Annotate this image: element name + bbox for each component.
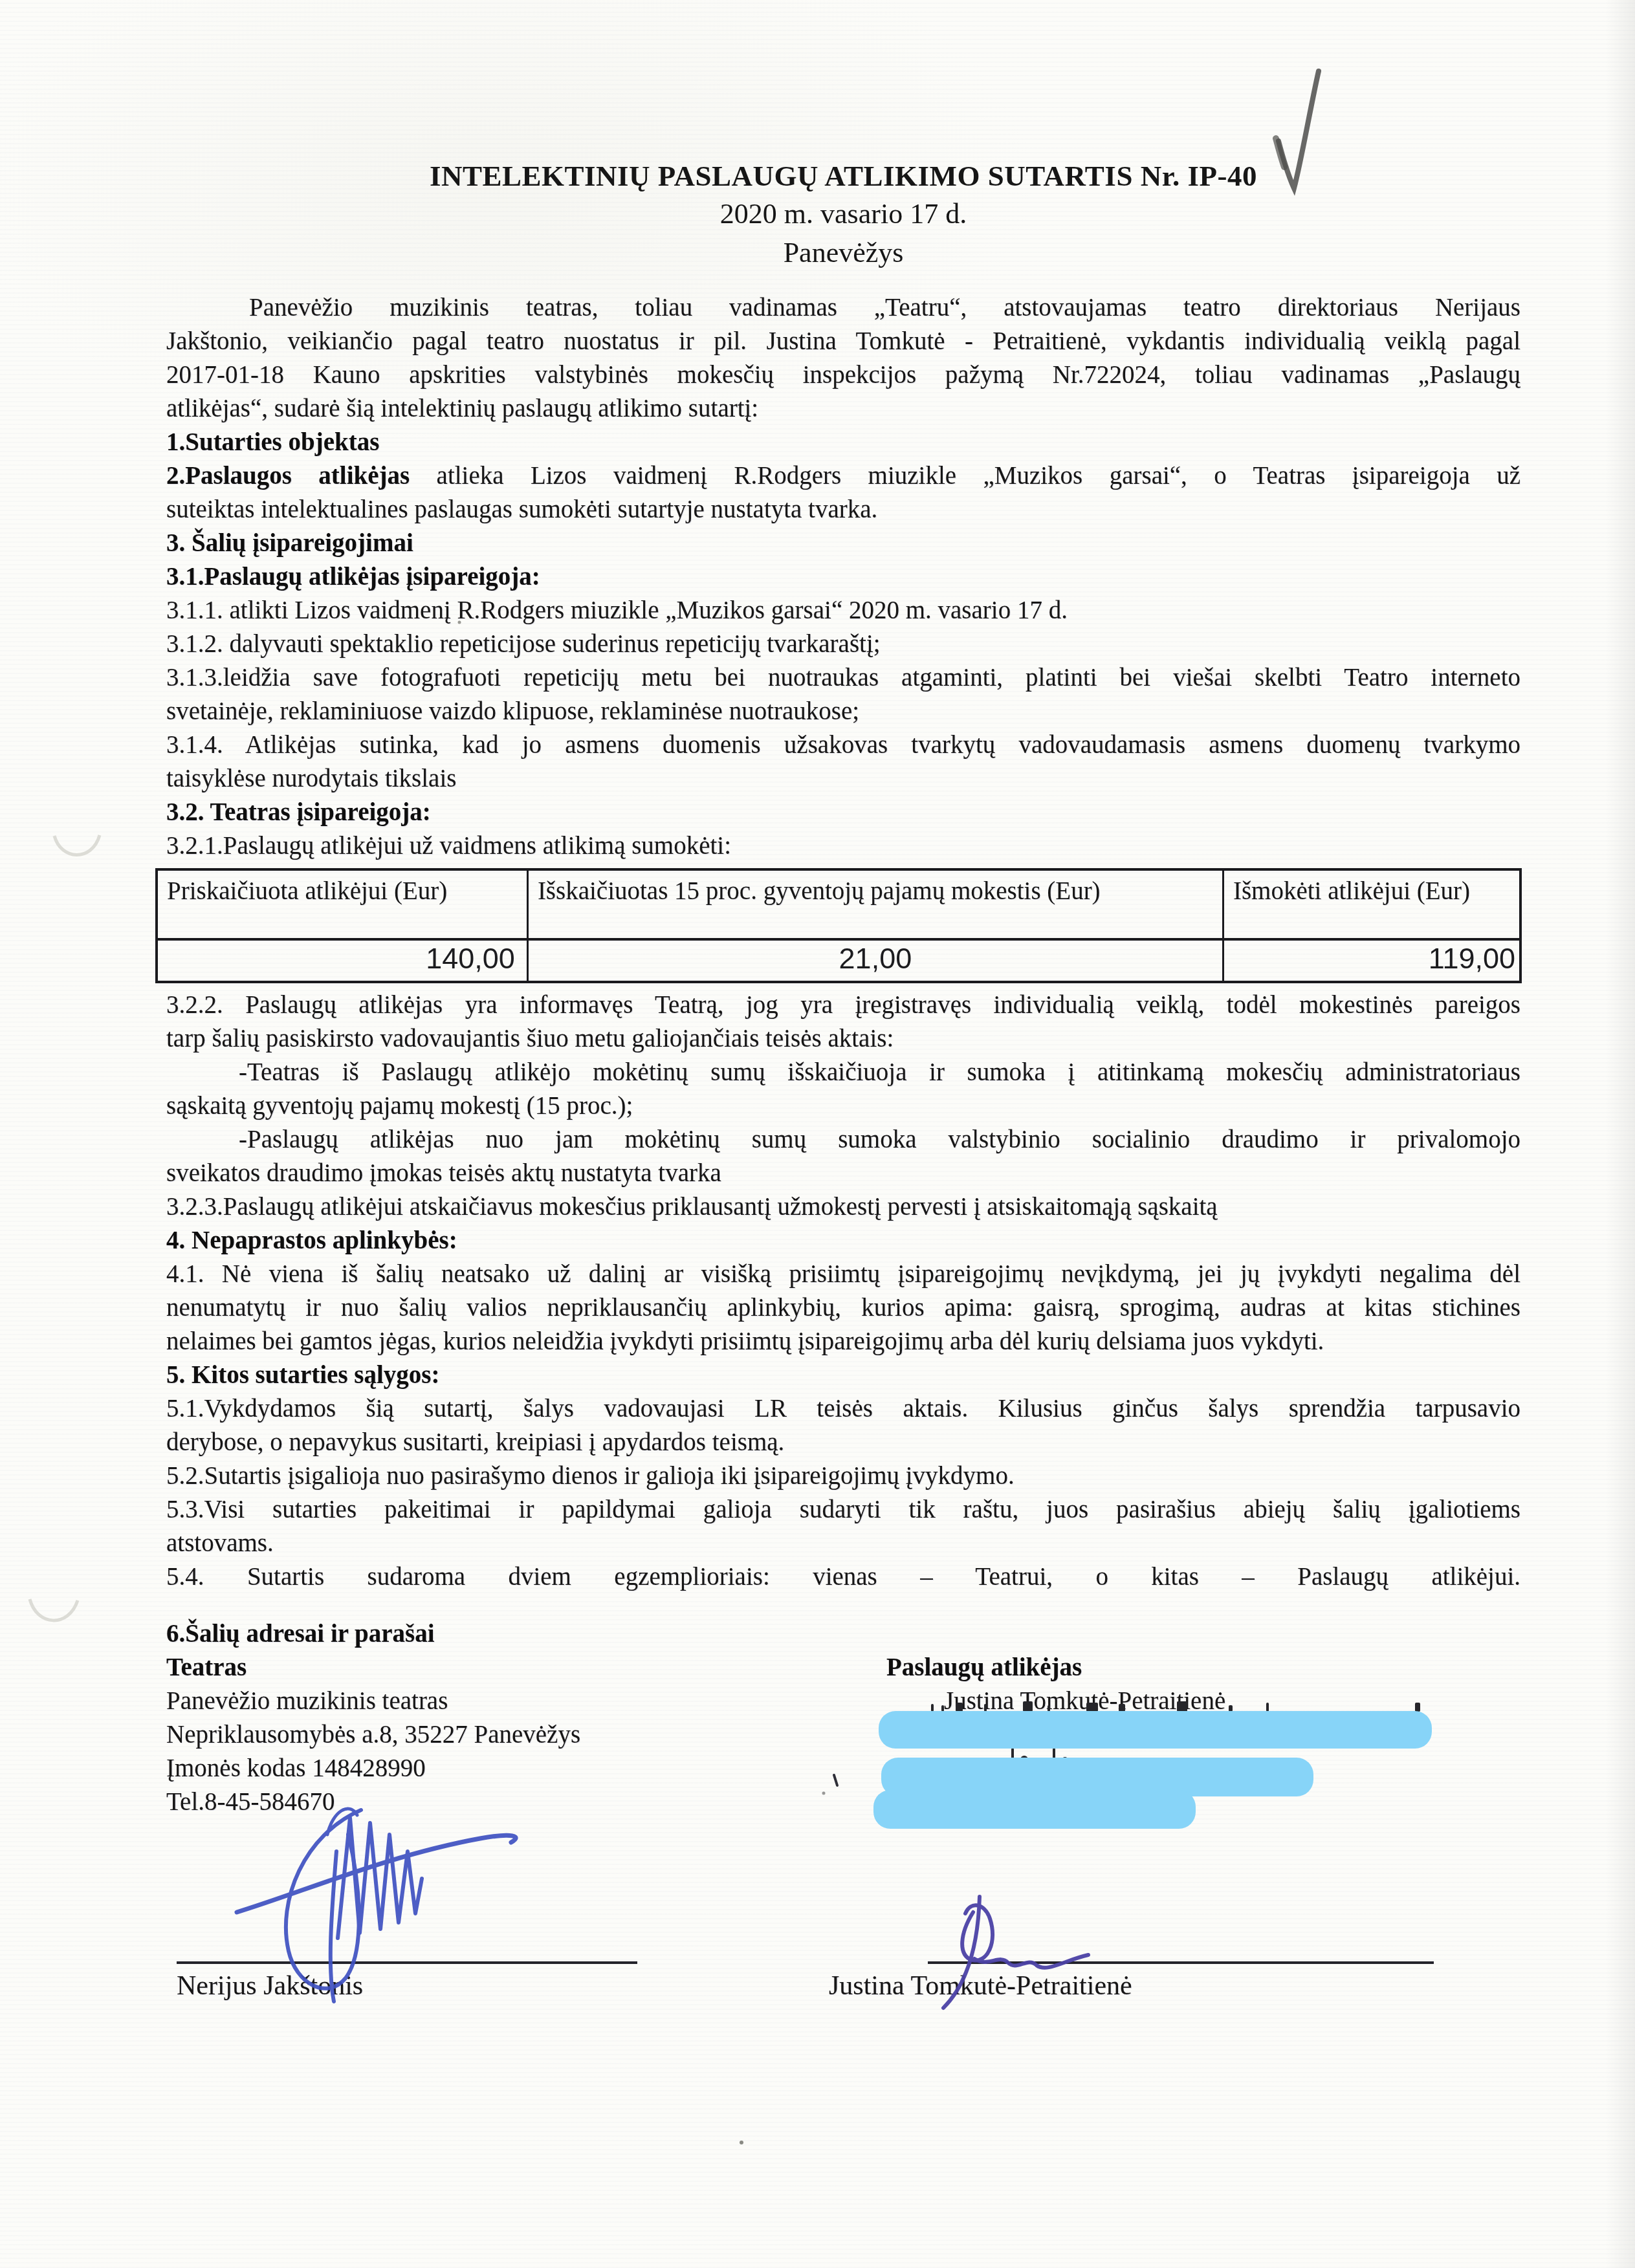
clause-3-2-2: tarp šalių pasiskirsto vadovaujantis šiu… — [166, 1022, 1520, 1056]
redacted-text-fragment — [1266, 1703, 1269, 1712]
theatre-org-name: Panevėžio muzikinis teatras — [166, 1685, 448, 1718]
clause-3-1-4: 3.1.4. Atlikėjas sutinka, kad jo asmens … — [166, 728, 1520, 762]
redacted-text-fragment — [1086, 1703, 1098, 1712]
payment-payout-value: 119,00 — [1223, 939, 1520, 982]
redaction-bar-3 — [873, 1790, 1196, 1829]
contract-title: INTELEKTINIŲ PASLAUGŲ ATLIKIMO SUTARTIS … — [166, 157, 1520, 195]
parties-block: Teatras Panevėžio muzikinis teatras Nepr… — [166, 1651, 1520, 2091]
theatre-address: Nepriklausomybės a.8, 35227 Panevėžys — [166, 1718, 580, 1752]
paragraph-1-line: Jakštonio, veikiančio pagal teatro nuost… — [166, 325, 1520, 358]
clause-5-4: 5.4. Sutartis sudaroma dviem egzempliori… — [166, 1560, 1520, 1594]
scanned-contract-page: INTELEKTINIŲ PASLAUGŲ ATLIKIMO SUTARTIS … — [0, 0, 1635, 2268]
clause-3-2-2-dash2: sveikatos draudimo įmokas teisės aktų nu… — [166, 1157, 1520, 1190]
theatre-signature-line — [177, 1961, 637, 1964]
clause-3-1-3: svetainėje, reklaminiuose vaizdo klipuos… — [166, 695, 1520, 728]
payment-tax-value: 21,00 — [527, 939, 1223, 982]
section-3-2-heading: 3.2. Teatras įsipareigoja: — [166, 796, 1520, 829]
theatre-phone: Tel.8-45-584670 — [166, 1785, 335, 1819]
payment-accrued-value: 140,00 — [157, 939, 527, 982]
payment-table-header-payout: Išmokėti atlikėjui (Eur) — [1223, 869, 1520, 939]
clause-3-1-2: 3.1.2. dalyvauti spektaklio repeticijose… — [166, 627, 1520, 661]
clause-3-2-2-dash1: sąskaitą gyventojų pajamų mokestį (15 pr… — [166, 1089, 1520, 1123]
clause-5-3: atstovams. — [166, 1527, 1520, 1560]
clause-5-1: 5.1.Vykdydamos šią sutartį, šalys vadova… — [166, 1392, 1520, 1426]
performer-signed-name: Justina Tomkutė-Petraitienė — [829, 1969, 1132, 2003]
clause-3-2-1: 3.2.1.Paslaugų atlikėjui už vaidmens atl… — [166, 829, 1520, 863]
redacted-text-fragment — [1415, 1703, 1420, 1712]
clause-5-2: 5.2.Sutartis įsigalioja nuo pasirašymo d… — [166, 1459, 1520, 1493]
redacted-text-fragment — [1177, 1701, 1187, 1712]
payment-table: Priskaičiuota atlikėjui (Eur) Išskaičiuo… — [155, 868, 1522, 983]
section-6-heading: 6.Šalių adresai ir parašai — [166, 1617, 1520, 1651]
contract-body: Panevėžio muzikinis teatras, toliau vadi… — [166, 291, 1520, 2091]
clause-5-3: 5.3.Visi sutarties pakeitimai ir papildy… — [166, 1493, 1520, 1527]
paragraph-1-line: atlikėjas“, sudarė šią intelektinių pasl… — [166, 392, 1520, 426]
theatre-role-label: Teatras — [166, 1651, 247, 1685]
section-4-heading: 4. Nepaprastos aplinkybės: — [166, 1224, 1520, 1258]
section-1-heading: 1.Sutarties objektas — [166, 426, 1520, 459]
theatre-company-code: Įmonės kodas 148428990 — [166, 1752, 426, 1785]
clause-3-1-3: 3.1.3.leidžia save fotografuoti repetici… — [166, 661, 1520, 695]
section-2-line: suteiktas intelektualines paslaugas sumo… — [166, 493, 1520, 527]
title-block: INTELEKTINIŲ PASLAUGŲ ATLIKIMO SUTARTIS … — [166, 157, 1520, 272]
redacted-text-fragment — [956, 1703, 963, 1712]
scan-artifact-curve — [54, 835, 100, 855]
clause-3-1-4: taisyklėse nurodytais tikslais — [166, 762, 1520, 796]
spacer — [166, 1594, 1520, 1617]
theatre-signed-name: Nerijus Jakštonis — [177, 1969, 363, 2003]
section-2-line: 2.Paslaugos atlikėjas atlieka Lizos vaid… — [166, 459, 1520, 493]
stray-mark — [740, 2141, 743, 2144]
redaction-bar-1 — [879, 1711, 1432, 1749]
payment-table-value-row: 140,00 21,00 119,00 — [157, 939, 1520, 982]
redacted-text-fragment — [1023, 1701, 1033, 1712]
performer-signature-line — [928, 1961, 1434, 1964]
clause-3-1-1: 3.1.1. atlikti Lizos vaidmenį R.Rodgers … — [166, 594, 1520, 627]
payment-table-header-row: Priskaičiuota atlikėjui (Eur) Išskaičiuo… — [157, 869, 1520, 939]
clause-3-2-2: 3.2.2. Paslaugų atlikėjas yra informavęs… — [166, 988, 1520, 1022]
section-2-lead: 2.Paslaugos atlikėjas — [166, 462, 410, 490]
clause-3-2-2-dash2: -Paslaugų atlikėjas nuo jam mokėtinų sum… — [166, 1123, 1520, 1157]
clause-4-1: nelaimes bei gamtos jėgas, kurios neleid… — [166, 1325, 1520, 1358]
section-2-text: atlieka Lizos vaidmenį R.Rodgers miuzikl… — [410, 462, 1520, 490]
clause-5-1: derybose, o nepavykus susitarti, kreipia… — [166, 1426, 1520, 1459]
paragraph-1-line: Panevėžio muzikinis teatras, toliau vadi… — [166, 291, 1520, 325]
payment-table-header-tax: Išskaičiuotas 15 proc. gyventojų pajamų … — [527, 869, 1223, 939]
clause-3-2-3: 3.2.3.Paslaugų atlikėjui atskaičiavus mo… — [166, 1190, 1520, 1224]
contract-date: 2020 m. vasario 17 d. — [166, 195, 1520, 234]
paragraph-1-line: 2017-01-18 Kauno apskrities valstybinės … — [166, 358, 1520, 392]
contract-city: Panevėžys — [166, 234, 1520, 272]
payment-table-header-accrued: Priskaičiuota atlikėjui (Eur) — [157, 869, 527, 939]
section-3-heading: 3. Šalių įsipareigojimai — [166, 527, 1520, 560]
clause-4-1: 4.1. Nė viena iš šalių neatsako už dalin… — [166, 1258, 1520, 1291]
clause-3-2-2-dash1: -Teatras iš Paslaugų atlikėjo mokėtinų s… — [166, 1056, 1520, 1089]
clause-4-1: nenumatytų ir nuo šalių valios nepriklau… — [166, 1291, 1520, 1325]
section-3-1-heading: 3.1.Paslaugų atlikėjas įsipareigoja: — [166, 560, 1520, 594]
section-5-heading: 5. Kitos sutarties sąlygos: — [166, 1358, 1520, 1392]
scan-artifact-curve — [30, 1599, 78, 1620]
performer-role-label: Paslaugų atlikėjas — [886, 1651, 1082, 1685]
